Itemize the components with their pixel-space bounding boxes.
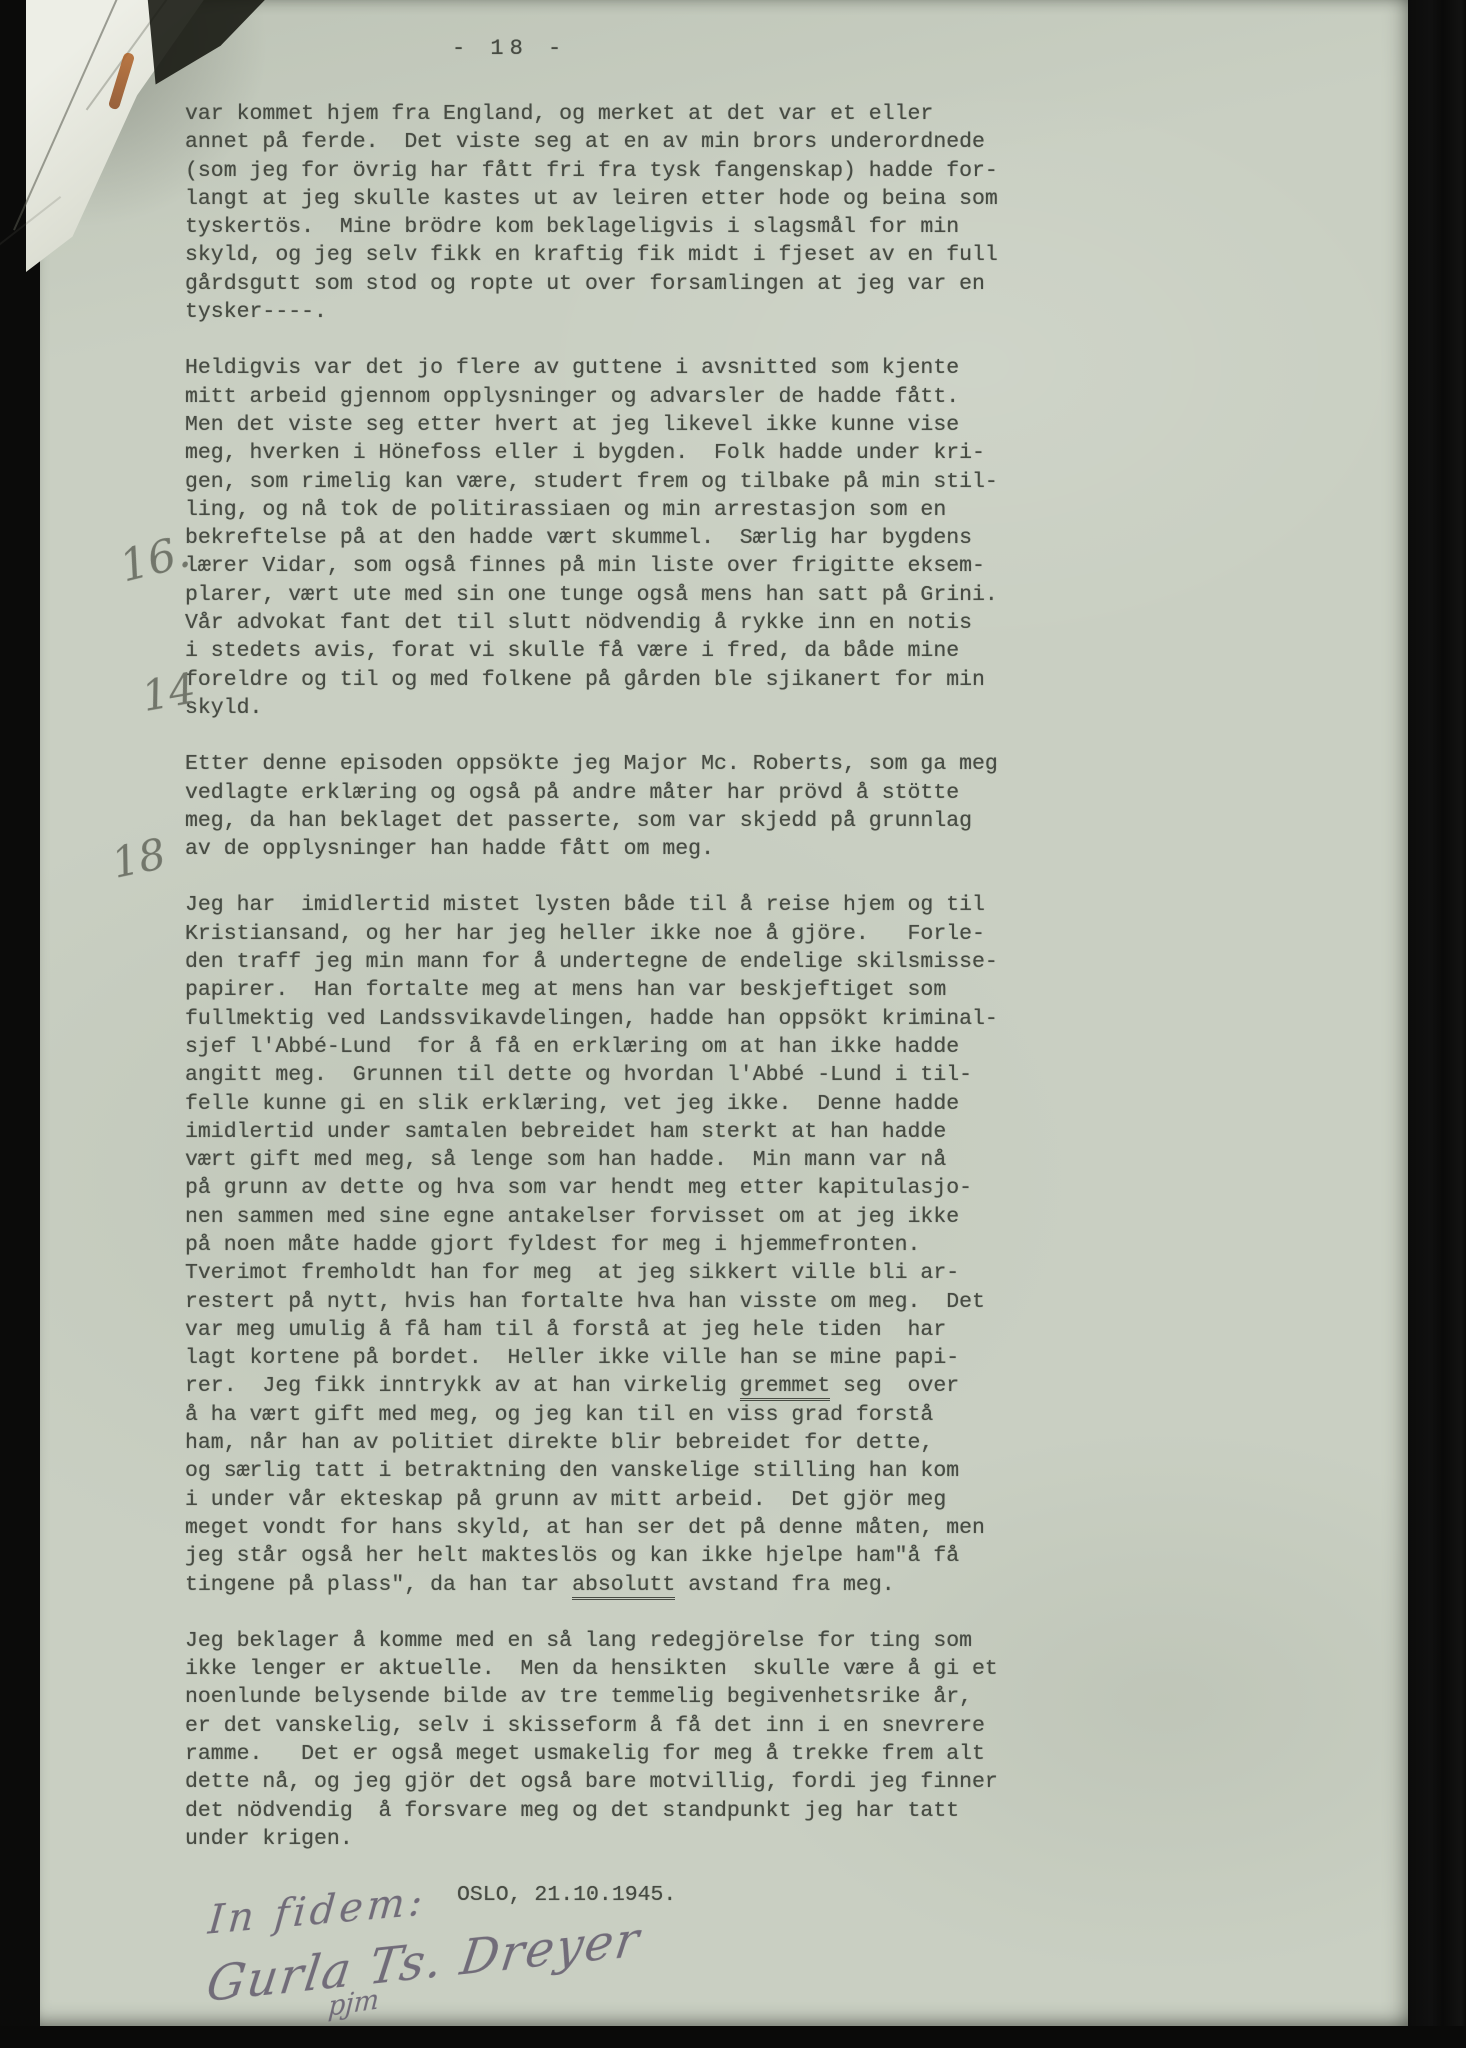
- typed-body: var kommet hjem fra England, og merket a…: [185, 100, 1045, 1910]
- page-number: - 18 -: [452, 36, 567, 61]
- margin-note-18: 18: [107, 829, 169, 888]
- typed-paragraph: Heldigvis var det jo flere av guttene i …: [185, 354, 1045, 722]
- typed-paragraph: Jeg har imidlertid mistet lysten både ti…: [185, 891, 1045, 1598]
- scanned-document-page: { "document": { "page_number": "- 18 -",…: [0, 0, 1466, 2048]
- margin-note-16: 16.: [115, 526, 195, 592]
- typed-paragraph: var kommet hjem fra England, og merket a…: [185, 100, 1045, 326]
- margin-note-14: 14: [138, 664, 199, 722]
- typed-paragraph: Etter denne episoden oppsökte jeg Major …: [185, 750, 1045, 863]
- paragraphs: var kommet hjem fra England, og merket a…: [185, 100, 1045, 1853]
- scanner-border-bottom: [0, 2026, 1466, 2048]
- typed-paragraph: Jeg beklager å komme med en så lang rede…: [185, 1627, 1045, 1853]
- scanner-border-right: [1408, 0, 1466, 2048]
- paper-sheet: - 18 - var kommet hjem fra England, og m…: [40, 0, 1412, 2026]
- handwritten-initials: pjm: [327, 1984, 380, 2023]
